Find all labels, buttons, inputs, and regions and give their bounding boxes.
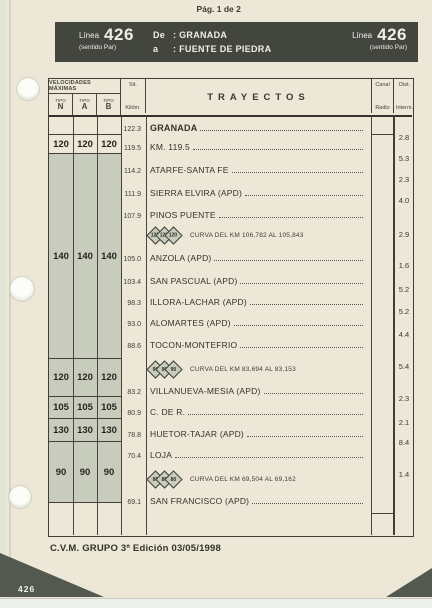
station-row: 83.2 VILLANUEVA-MESIA (APD) bbox=[49, 383, 365, 399]
station-row: 69.1 SAN FRANCISCO (APD) bbox=[49, 493, 365, 509]
distance-value: 5.2 bbox=[393, 285, 415, 294]
dotted-leader bbox=[240, 339, 363, 348]
station-name: ALOMARTES (APD) bbox=[150, 318, 231, 328]
dotted-leader bbox=[214, 252, 363, 261]
dotted-leader bbox=[264, 385, 363, 394]
dotted-leader bbox=[193, 141, 363, 150]
distance-value: 1.6 bbox=[393, 261, 415, 270]
km-value: 103.4 bbox=[49, 276, 141, 286]
station-row: 107.9 PINOS PUENTE bbox=[49, 207, 365, 223]
dotted-leader bbox=[247, 428, 363, 437]
line-label: Línea bbox=[79, 31, 99, 42]
table-body: 120120120 140140140 120120120 105105105 … bbox=[49, 115, 412, 535]
header-tipo-n: TIPO N bbox=[49, 94, 73, 115]
km-value: 107.9 bbox=[49, 210, 141, 220]
station-row: 70.4 LOJA bbox=[49, 447, 365, 463]
header-tipo-a: TIPO A bbox=[73, 94, 97, 115]
dotted-leader bbox=[219, 209, 363, 218]
dotted-leader bbox=[245, 187, 363, 196]
km-value: 80.9 bbox=[49, 407, 141, 417]
punch-hole bbox=[10, 277, 34, 301]
dotted-leader bbox=[252, 495, 363, 504]
station-row: 80.9 C. DE R. bbox=[49, 404, 365, 420]
header-canal-radio: Canal Radio bbox=[371, 79, 393, 113]
header-tipo-b: TIPO B bbox=[97, 94, 121, 115]
route: De : GRANADA a : FUENTE DE PIEDRA bbox=[153, 28, 271, 56]
distance-value: 2.1 bbox=[393, 418, 415, 427]
km-value: 111.9 bbox=[49, 188, 141, 198]
distance-value: 2.3 bbox=[393, 175, 415, 184]
table-header: VELOCIDADES MÁXIMAS TIPO N TIPO A TIPO B… bbox=[49, 79, 412, 117]
curve-row: 80 80 80 CURVA DEL KM 69,504 AL 69,162 bbox=[149, 471, 296, 487]
header-velocidades: VELOCIDADES MÁXIMAS bbox=[49, 79, 121, 94]
km-value: 88.6 bbox=[49, 340, 141, 350]
page-indicator: Pág. 1 de 2 bbox=[196, 4, 240, 14]
station-name: TOCON-MONTEFRIO bbox=[150, 340, 237, 350]
station-name: ILLORA-LACHAR (APD) bbox=[150, 297, 247, 307]
dotted-leader bbox=[234, 317, 363, 326]
station-row: 93.0 ALOMARTES (APD) bbox=[49, 315, 365, 331]
line-number: 426 bbox=[377, 27, 407, 42]
station-row: 105.0 ANZOLA (APD) bbox=[49, 250, 365, 266]
station-row: 111.9 SIERRA ELVIRA (APD) bbox=[49, 185, 365, 201]
curve-description: CURVA DEL KM 83,694 AL 83,153 bbox=[190, 366, 296, 373]
header-kilometros: Sit. Kilóm. bbox=[121, 79, 146, 113]
scan-edge bbox=[0, 0, 7, 608]
distance-value: 2.9 bbox=[393, 230, 415, 239]
station-name: GRANADA bbox=[150, 123, 197, 133]
curve-description: CURVA DEL KM 69,504 AL 69,162 bbox=[190, 476, 296, 483]
station-row: 122.3 GRANADA bbox=[49, 120, 365, 136]
route-from-label: De bbox=[153, 28, 173, 42]
station-name: C. DE R. bbox=[150, 407, 185, 417]
distance-value: 5.2 bbox=[393, 307, 415, 316]
canal-cell-line bbox=[371, 513, 393, 514]
station-row: 119.5 KM. 119.5 bbox=[49, 139, 365, 155]
km-value: 69.1 bbox=[49, 496, 141, 506]
station-row: 88.6 TOCON-MONTEFRIO bbox=[49, 337, 365, 353]
route-to-value: : FUENTE DE PIEDRA bbox=[173, 42, 271, 56]
line-direction: (sentido Par) bbox=[352, 44, 407, 51]
punch-hole bbox=[17, 78, 39, 100]
route-to-label: a bbox=[153, 42, 173, 56]
station-row: 114.2 ATARFE-SANTA FE bbox=[49, 162, 365, 178]
line-banner: Línea 426 (sentido Par) De : GRANADA a :… bbox=[55, 22, 418, 62]
column-divider bbox=[371, 115, 372, 535]
corner-tab-left: 426 bbox=[0, 553, 104, 597]
station-row: 78.8 HUETOR-TAJAR (APD) bbox=[49, 426, 365, 442]
line-label: Línea bbox=[352, 31, 372, 42]
punch-hole bbox=[9, 486, 31, 508]
speed-table: VELOCIDADES MÁXIMAS TIPO N TIPO A TIPO B… bbox=[48, 78, 414, 537]
km-value: 98.3 bbox=[49, 297, 141, 307]
km-value: 83.2 bbox=[49, 386, 141, 396]
canal-cell-line bbox=[371, 134, 393, 135]
station-name: HUETOR-TAJAR (APD) bbox=[150, 429, 244, 439]
dotted-leader bbox=[232, 164, 363, 173]
km-value: 119.5 bbox=[49, 142, 141, 152]
distance-value: 8.4 bbox=[393, 438, 415, 447]
station-name: SAN PASCUAL (APD) bbox=[150, 276, 237, 286]
distance-value: 4.0 bbox=[393, 196, 415, 205]
station-name: ATARFE-SANTA FE bbox=[150, 165, 229, 175]
corner-page-number: 426 bbox=[18, 584, 35, 594]
line-badge-left: Línea 426 (sentido Par) bbox=[79, 27, 134, 51]
distance-value: 5.3 bbox=[393, 154, 415, 163]
dotted-leader bbox=[188, 406, 363, 415]
scanned-timetable-page: Pág. 1 de 2 Línea 426 (sentido Par) De :… bbox=[0, 0, 432, 608]
station-name: LOJA bbox=[150, 450, 172, 460]
scan-bottom-edge bbox=[0, 598, 432, 608]
distance-value: 2.8 bbox=[393, 133, 415, 142]
distance-value: 1.4 bbox=[393, 470, 415, 479]
line-direction: (sentido Par) bbox=[79, 44, 134, 51]
route-from-value: : GRANADA bbox=[173, 28, 227, 42]
km-value: 93.0 bbox=[49, 318, 141, 328]
km-value: 122.3 bbox=[49, 123, 141, 133]
station-name: PINOS PUENTE bbox=[150, 210, 216, 220]
scan-edge-shadow bbox=[9, 0, 11, 600]
station-name: SIERRA ELVIRA (APD) bbox=[150, 188, 242, 198]
station-row: 103.4 SAN PASCUAL (APD) bbox=[49, 273, 365, 289]
curve-row: 90 90 90 CURVA DEL KM 83,694 AL 83,153 bbox=[149, 361, 296, 377]
dotted-leader bbox=[240, 275, 363, 284]
dotted-leader bbox=[200, 122, 363, 131]
km-value: 114.2 bbox=[49, 165, 141, 175]
line-number: 426 bbox=[104, 27, 134, 42]
curve-description: CURVA DEL KM 106,782 AL 105,843 bbox=[190, 232, 304, 239]
dotted-leader bbox=[250, 296, 363, 305]
distance-value: 4.4 bbox=[393, 330, 415, 339]
station-name: SAN FRANCISCO (APD) bbox=[150, 496, 249, 506]
edition-note: C.V.M. GRUPO 3ª Edición 03/05/1998 bbox=[50, 543, 221, 554]
dotted-leader bbox=[175, 449, 363, 458]
line-badge-right: Línea 426 (sentido Par) bbox=[352, 27, 407, 51]
distance-value: 2.3 bbox=[393, 394, 415, 403]
station-name: ANZOLA (APD) bbox=[150, 253, 211, 263]
station-row: 98.3 ILLORA-LACHAR (APD) bbox=[49, 294, 365, 310]
distance-value: 5.4 bbox=[393, 362, 415, 371]
station-name: KM. 119.5 bbox=[150, 142, 190, 152]
header-trayectos: TRAYECTOS bbox=[146, 79, 371, 115]
km-value: 78.8 bbox=[49, 429, 141, 439]
km-value: 70.4 bbox=[49, 450, 141, 460]
header-dist-interm: Dist. Interm. bbox=[393, 79, 415, 113]
corner-tab-right bbox=[386, 568, 432, 597]
curve-row: 120 120 120 CURVA DEL KM 106,782 AL 105,… bbox=[149, 227, 304, 243]
km-value: 105.0 bbox=[49, 253, 141, 263]
station-name: VILLANUEVA-MESIA (APD) bbox=[150, 386, 261, 396]
